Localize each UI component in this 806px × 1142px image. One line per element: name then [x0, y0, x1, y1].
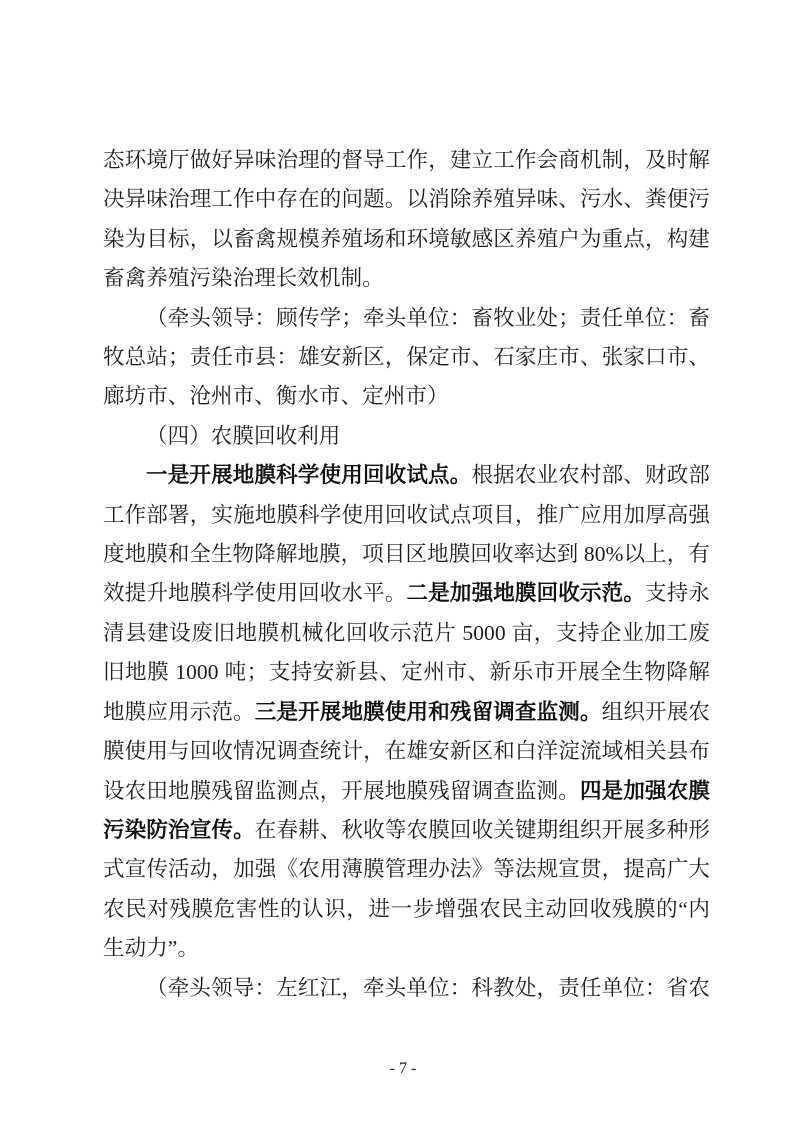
- text-run: 膜使用与回收情况调查统计，在雄安新区和白洋淀流域相关县布: [103, 739, 710, 763]
- text-line: 牧总站；责任市县：雄安新区，保定市、石家庄市、张家口市、: [103, 338, 710, 377]
- text-line: 决异味治理工作中存在的问题。以消除养殖异味、污水、粪便污: [103, 180, 710, 219]
- text-run: 工作部署，实施地膜科学使用回收试点项目，推广应用加厚高强: [103, 503, 710, 527]
- bold-text-run: 污染防治宣传。: [103, 818, 255, 842]
- text-line: 旧地膜 1000 吨；支持安新县、定州市、新乐市开展全生物降解: [103, 653, 710, 692]
- text-run: （牵头领导：顾传学；牵头单位：畜牧业处；责任单位：畜: [146, 306, 710, 330]
- text-line: 廊坊市、沧州市、衡水市、定州市）: [103, 377, 710, 416]
- text-line: （牵头领导：顾传学；牵头单位：畜牧业处；责任单位：畜: [103, 299, 710, 338]
- text-run: 在春耕、秋收等农膜回收关键期组织开展多种形: [255, 818, 710, 842]
- bold-text-run: 二是加强地膜回收示范。: [407, 581, 646, 605]
- text-run: 旧地膜 1000 吨；支持安新县、定州市、新乐市开展全生物降解: [103, 660, 710, 684]
- text-run: 廊坊市、沧州市、衡水市、定州市）: [103, 384, 449, 408]
- text-run: 农民对残膜危害性的认识，进一步增强农民主动回收残膜的“内: [103, 897, 710, 921]
- text-line: 地膜应用示范。三是开展地膜使用和残留调查监测。组织开展农: [103, 693, 710, 732]
- text-run: （牵头领导：左红江，牵头单位：科教处，责任单位：省农: [146, 976, 710, 1000]
- text-run: 地膜应用示范。: [103, 700, 255, 724]
- text-line: 染为目标，以畜禽规模养殖场和环境敏感区养殖户为重点，构建: [103, 220, 710, 259]
- page-number: - 7 -: [390, 1060, 417, 1077]
- text-line: 工作部署，实施地膜科学使用回收试点项目，推广应用加厚高强: [103, 496, 710, 535]
- text-run: 式宣传活动，加强《农用薄膜管理办法》等法规宣贯，提高广大: [103, 857, 710, 881]
- text-line: 一是开展地膜科学使用回收试点。根据农业农村部、财政部: [103, 456, 710, 495]
- text-line: 污染防治宣传。在春耕、秋收等农膜回收关键期组织开展多种形: [103, 811, 710, 850]
- text-line: 效提升地膜科学使用回收水平。二是加强地膜回收示范。支持永: [103, 574, 710, 613]
- text-run: 清县建设废旧地膜机械化回收示范片 5000 亩，支持企业加工废: [103, 621, 710, 645]
- text-run: 态环境厅做好异味治理的督导工作，建立工作会商机制，及时解: [103, 148, 710, 172]
- text-run: 染为目标，以畜禽规模养殖场和环境敏感区养殖户为重点，构建: [103, 227, 710, 251]
- text-run: 牧总站；责任市县：雄安新区，保定市、石家庄市、张家口市、: [103, 345, 710, 369]
- text-line: 清县建设废旧地膜机械化回收示范片 5000 亩，支持企业加工废: [103, 614, 710, 653]
- text-line: 畜禽养殖污染治理长效机制。: [103, 259, 710, 298]
- text-run: 根据农业农村部、财政部: [471, 463, 710, 487]
- bold-text-run: 三是开展地膜使用和残留调查监测。: [255, 700, 602, 724]
- text-run: （四）农膜回收利用: [146, 424, 340, 448]
- text-line: 式宣传活动，加强《农用薄膜管理办法》等法规宣贯，提高广大: [103, 850, 710, 889]
- text-run: 支持永: [645, 581, 710, 605]
- text-run: 决异味治理工作中存在的问题。以消除养殖异味、污水、粪便污: [103, 187, 710, 211]
- text-run: 效提升地膜科学使用回收水平。: [103, 581, 407, 605]
- text-line: 度地膜和全生物降解地膜，项目区地膜回收率达到 80%以上，有: [103, 535, 710, 574]
- text-line: 生动力”。: [103, 929, 710, 968]
- text-line: 膜使用与回收情况调查统计，在雄安新区和白洋淀流域相关县布: [103, 732, 710, 771]
- text-line: 态环境厅做好异味治理的督导工作，建立工作会商机制，及时解: [103, 141, 710, 180]
- bold-text-run: 一是开展地膜科学使用回收试点。: [146, 463, 471, 487]
- text-run: 畜禽养殖污染治理长效机制。: [103, 266, 384, 290]
- text-run: 组织开展农: [602, 700, 710, 724]
- text-run: 生动力”。: [103, 936, 199, 960]
- text-line: （四）农膜回收利用: [103, 417, 710, 456]
- text-line: 农民对残膜危害性的认识，进一步增强农民主动回收残膜的“内: [103, 890, 710, 929]
- text-line: 设农田地膜残留监测点，开展地膜残留调查监测。四是加强农膜: [103, 772, 710, 811]
- text-line: （牵头领导：左红江，牵头单位：科教处，责任单位：省农: [103, 969, 710, 1008]
- text-run: 度地膜和全生物降解地膜，项目区地膜回收率达到 80%以上，有: [103, 542, 710, 566]
- text-content: 态环境厅做好异味治理的督导工作，建立工作会商机制，及时解决异味治理工作中存在的问…: [103, 141, 710, 1008]
- bold-text-run: 四是加强农膜: [580, 779, 710, 803]
- page-footer: - 7 -: [0, 1058, 806, 1080]
- document-page: 态环境厅做好异味治理的督导工作，建立工作会商机制，及时解决异味治理工作中存在的问…: [0, 0, 806, 1142]
- text-run: 设农田地膜残留监测点，开展地膜残留调查监测。: [103, 779, 580, 803]
